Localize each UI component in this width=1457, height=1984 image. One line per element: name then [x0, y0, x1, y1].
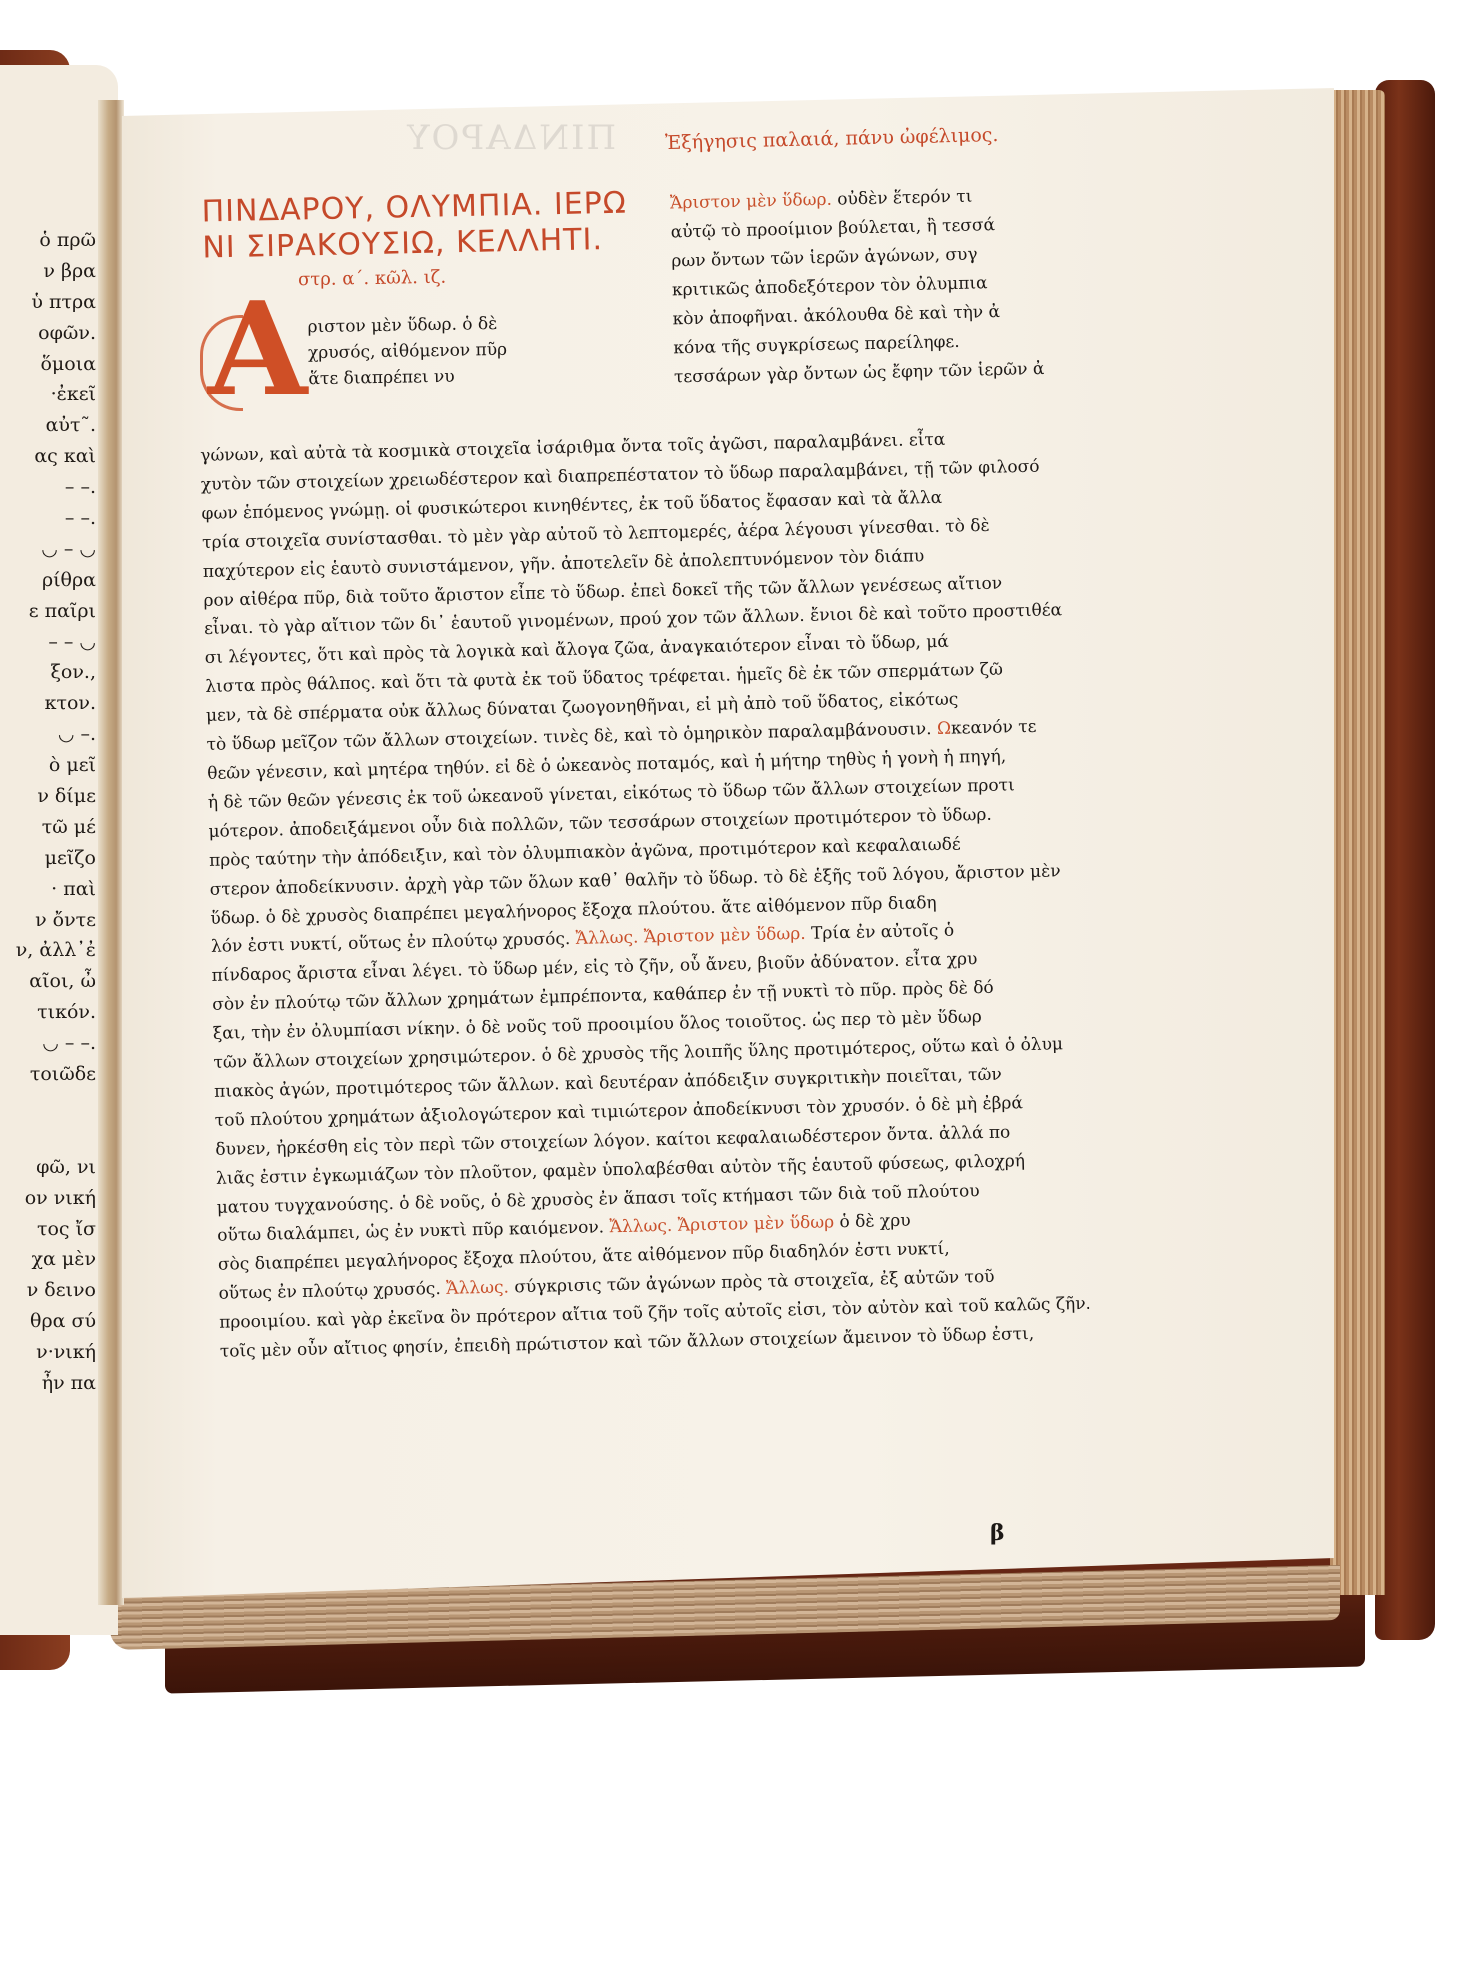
ode-opening-verse: ριστον μὲν ὕδωρ. ὁ δὲχρυσός, αἰθόμενον π…: [307, 310, 568, 393]
lemma-rubric: Ω: [937, 719, 952, 739]
text-line: ε παῖρι: [0, 596, 96, 627]
text-line: αὐτ῀.: [0, 410, 96, 441]
scholia-text: λόν ἐστι νυκτί, οὕτως ἐν πλούτῳ χρυσός.: [211, 929, 576, 957]
lemma-rubric: Ἄριστον μὲν ὕδωρ.: [670, 190, 832, 214]
scholia-text: οὐδὲν ἕτερόν τι: [837, 187, 972, 210]
scholia-text: ὁ δὲ χρυ: [834, 1211, 911, 1233]
scholia-text: τεσσάρων γὰρ ὄντων ὡς ἔφην τῶν ἱερῶν ἀ: [674, 359, 1045, 387]
text-line: τικόν.: [0, 997, 96, 1028]
show-through-text: ΠΙΝΔΑΡΟΥ: [405, 118, 616, 158]
text-line: ν ὄντε: [0, 905, 96, 936]
meter-note: στρ. α΄. κῶλ. ιζ.: [298, 267, 447, 291]
scholia-text: κὸν ἀποφῆναι. ἀκόλουθα δὲ καὶ τὴν ἀ: [672, 302, 1000, 329]
scholia-text: κεανόν τε: [951, 717, 1037, 739]
scholia-text: ρων ὄντων τῶν ἱερῶν ἀγώνων, συγ: [671, 244, 978, 271]
text-line: ◡ – ◡: [0, 534, 96, 565]
text-line: ν βρα: [0, 256, 96, 287]
text-line: ὑ πτρα: [0, 287, 96, 318]
page-fore-edge: [1330, 90, 1385, 1595]
text-line: θρα σύ: [0, 1306, 96, 1337]
scholia-top-column: Ἄριστον μὲν ὕδωρ. οὐδὲν ἕτερόν τιαὐτῷ τὸ…: [670, 181, 1065, 393]
text-line: ν·νική: [0, 1337, 96, 1368]
text-line: τος ἴσ: [0, 1214, 96, 1245]
text-line: ν δίμε: [0, 781, 96, 812]
verse-line: ἅτε διαπρέπει νυ: [308, 362, 568, 393]
text-line: ὅμοια: [0, 349, 96, 380]
text-line: χα μὲν: [0, 1244, 96, 1275]
lemma-rubric: Ἄλλως. Ἄριστον μὲν ὕδωρ: [609, 1213, 834, 1238]
scholia-text: κριτικῶς ἀποδεξότερον τὸν ὀλυμπια: [672, 273, 988, 300]
text-line: αῖοι, ὦ: [0, 966, 96, 997]
text-line: ον νική: [0, 1183, 96, 1214]
ode-title: ΠΙΝΔΑΡΟΥ, ΟΛΥΜΠΙΑ. ΙΕΡΩ ΝΙ ΣΙΡΑΚΟΥΣΙΩ, Κ…: [201, 186, 632, 267]
decorated-initial: Α: [208, 285, 303, 415]
text-line: [0, 1090, 96, 1121]
text-line: ◡ – –.: [0, 1028, 96, 1059]
text-line: ἦν πα: [0, 1368, 96, 1399]
text-line: [0, 1121, 96, 1152]
text-line: ·ἐκεῖ: [0, 379, 96, 410]
text-line: ὁ πρῶ: [0, 225, 96, 256]
text-line: · παὶ: [0, 874, 96, 905]
book-photograph: ὁ πρῶν βραὑ πτραοφῶν.ὅμοια·ἐκεῖαὐτ῀.ας κ…: [0, 0, 1457, 1984]
lemma-rubric: Ἄλλως. Ἄριστον μὲν ὕδωρ.: [575, 924, 805, 949]
signature-mark: β: [990, 1520, 1005, 1546]
text-line: τῶ μέ: [0, 812, 96, 843]
lemma-rubric: Ἄλλως.: [446, 1278, 509, 1299]
text-line: ν, ἀλλ᾽ἐ: [0, 935, 96, 966]
scholia-text: κόνα τῆς συγκρίσεως παρείληφε.: [673, 332, 960, 358]
text-line: ξον.,: [0, 657, 96, 688]
text-line: – –.: [0, 472, 96, 503]
text-line: ν δεινο: [0, 1275, 96, 1306]
scholia-main-block: γώνων, καὶ αὐτὰ τὰ κοσμικὰ στοιχεῖα ἰσάρ…: [200, 423, 1090, 1367]
scholia-text: Τρία ἐν αὐτοῖς ὁ: [805, 921, 954, 944]
text-line: ρίθρα: [0, 565, 96, 596]
scholia-text: οὕτω διαλάμπει, ὡς ἐν νυκτὶ πῦρ καιόμενο…: [217, 1218, 610, 1247]
text-line: τοιῶδε: [0, 1059, 96, 1090]
text-line: μεῖζο: [0, 843, 96, 874]
text-line: οφῶν.: [0, 318, 96, 349]
text-line: – – ◡: [0, 627, 96, 658]
text-line: κτον.: [0, 688, 96, 719]
text-line: – –.: [0, 503, 96, 534]
text-line: ὸ μεῖ: [0, 750, 96, 781]
text-line: ◡ –.: [0, 719, 96, 750]
text-line: ας καὶ: [0, 441, 96, 472]
scholia-text: οὕτως ἐν πλούτῳ χρυσός.: [218, 1279, 446, 1304]
gutter-shadow: [98, 100, 124, 1605]
scholia-text: αὐτῷ τὸ προοίμιον βούλεται, ἢ τεσσά: [670, 215, 995, 242]
text-line: φῶ, νι: [0, 1152, 96, 1183]
left-page-text-column: ὁ πρῶν βραὑ πτραοφῶν.ὅμοια·ἐκεῖαὐτ῀.ας κ…: [0, 225, 96, 1399]
